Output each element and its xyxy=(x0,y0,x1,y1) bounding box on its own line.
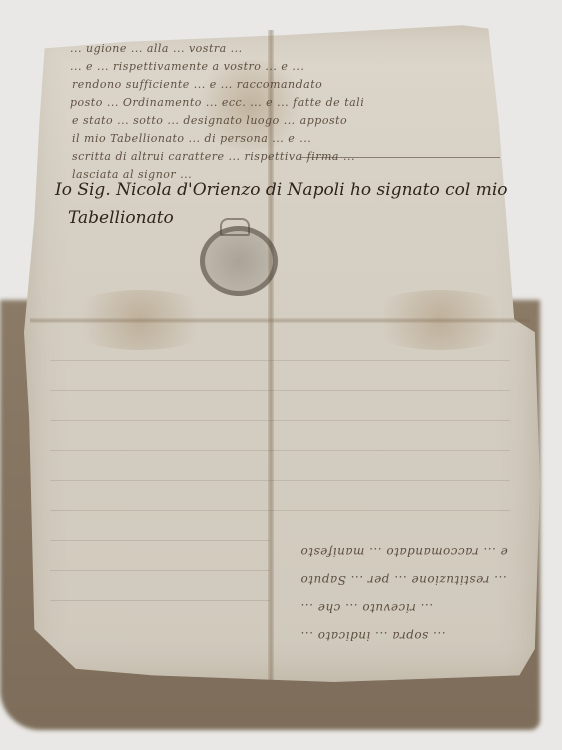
text-line: e ... raccomandato ... manifesto xyxy=(300,545,508,559)
vertical-fold xyxy=(268,30,274,680)
text-line: ... ugione ... alla ... vostra ... xyxy=(70,42,243,55)
text-line: ... sopra ... indicato ... xyxy=(300,629,446,643)
seal-stamp-icon xyxy=(200,226,278,296)
text-line: rendono sufficiente ... e ... raccomanda… xyxy=(72,78,322,91)
text-line: ... restituzione ... per ... Saputo xyxy=(300,573,507,587)
notary-signature-line: Io Sig. Nicola d'Orienzo di Napoli ho si… xyxy=(55,180,508,200)
rule-line xyxy=(300,157,500,158)
text-line: posto ... Ordinamento ... ecc. ... e ...… xyxy=(70,96,364,109)
text-line: ... e ... rispettivamente a vostro ... e… xyxy=(70,60,304,73)
text-line: il mio Tabellionato ... di persona ... e… xyxy=(72,132,311,145)
notary-title: Tabellionato xyxy=(68,208,174,228)
horizontal-fold xyxy=(30,318,530,323)
text-line: ... ricevuto ... che ... xyxy=(300,601,433,615)
text-line: e stato ... sotto ... designato luogo ..… xyxy=(72,114,347,127)
